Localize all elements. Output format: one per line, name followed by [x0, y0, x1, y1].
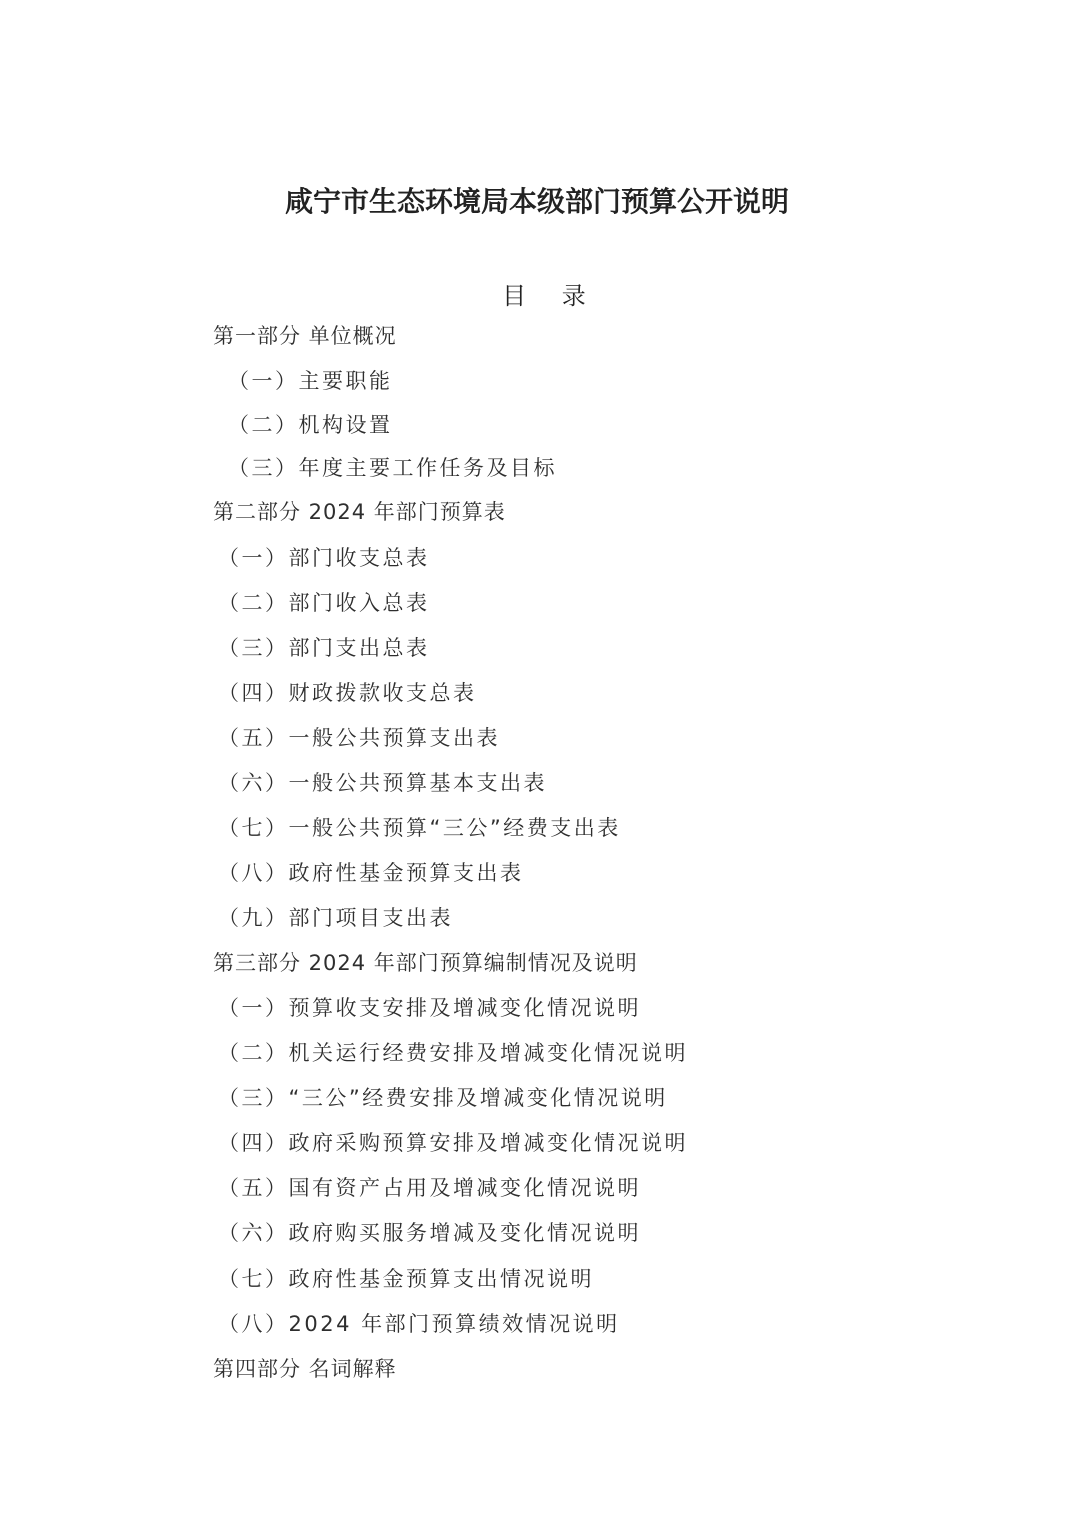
toc-item[interactable]: （五）国有资产占用及增减变化情况说明 — [218, 1172, 641, 1202]
toc-item[interactable]: （七）政府性基金预算支出情况说明 — [218, 1263, 594, 1293]
toc-item[interactable]: （三）“三公”经费安排及增减变化情况说明 — [218, 1082, 668, 1112]
toc-item[interactable]: （八）2024 年部门预算绩效情况说明 — [218, 1308, 620, 1338]
toc-part-1[interactable]: 第一部分 单位概况 — [213, 320, 397, 350]
toc-item[interactable]: （五）一般公共预算支出表 — [218, 722, 500, 752]
toc-heading: 目 录 — [0, 276, 1074, 311]
toc-item[interactable]: （四）政府采购预算安排及增减变化情况说明 — [218, 1127, 688, 1157]
toc-item[interactable]: （二）部门收入总表 — [218, 587, 430, 617]
toc-item[interactable]: （九）部门项目支出表 — [218, 902, 453, 932]
toc-item[interactable]: （二）机构设置 — [228, 409, 393, 439]
toc-item[interactable]: （三）年度主要工作任务及目标 — [228, 452, 557, 482]
toc-item[interactable]: （六）一般公共预算基本支出表 — [218, 767, 547, 797]
toc-item[interactable]: （一）部门收支总表 — [218, 542, 430, 572]
toc-item[interactable]: （三）部门支出总表 — [218, 632, 430, 662]
toc-part-4[interactable]: 第四部分 名词解释 — [213, 1353, 397, 1383]
toc-item[interactable]: （八）政府性基金预算支出表 — [218, 857, 524, 887]
toc-item[interactable]: （六）政府购买服务增减及变化情况说明 — [218, 1217, 641, 1247]
toc-item[interactable]: （二）机关运行经费安排及增减变化情况说明 — [218, 1037, 688, 1067]
toc-item[interactable]: （一）主要职能 — [228, 365, 393, 395]
toc-item[interactable]: （一）预算收支安排及增减变化情况说明 — [218, 992, 641, 1022]
toc-item[interactable]: （四）财政拨款收支总表 — [218, 677, 477, 707]
document-title: 咸宁市生态环境局本级部门预算公开说明 — [0, 180, 1074, 220]
toc-part-2[interactable]: 第二部分 2024 年部门预算表 — [213, 496, 506, 526]
toc-item[interactable]: （七）一般公共预算“三公”经费支出表 — [218, 812, 621, 842]
toc-part-3[interactable]: 第三部分 2024 年部门预算编制情况及说明 — [213, 947, 638, 977]
